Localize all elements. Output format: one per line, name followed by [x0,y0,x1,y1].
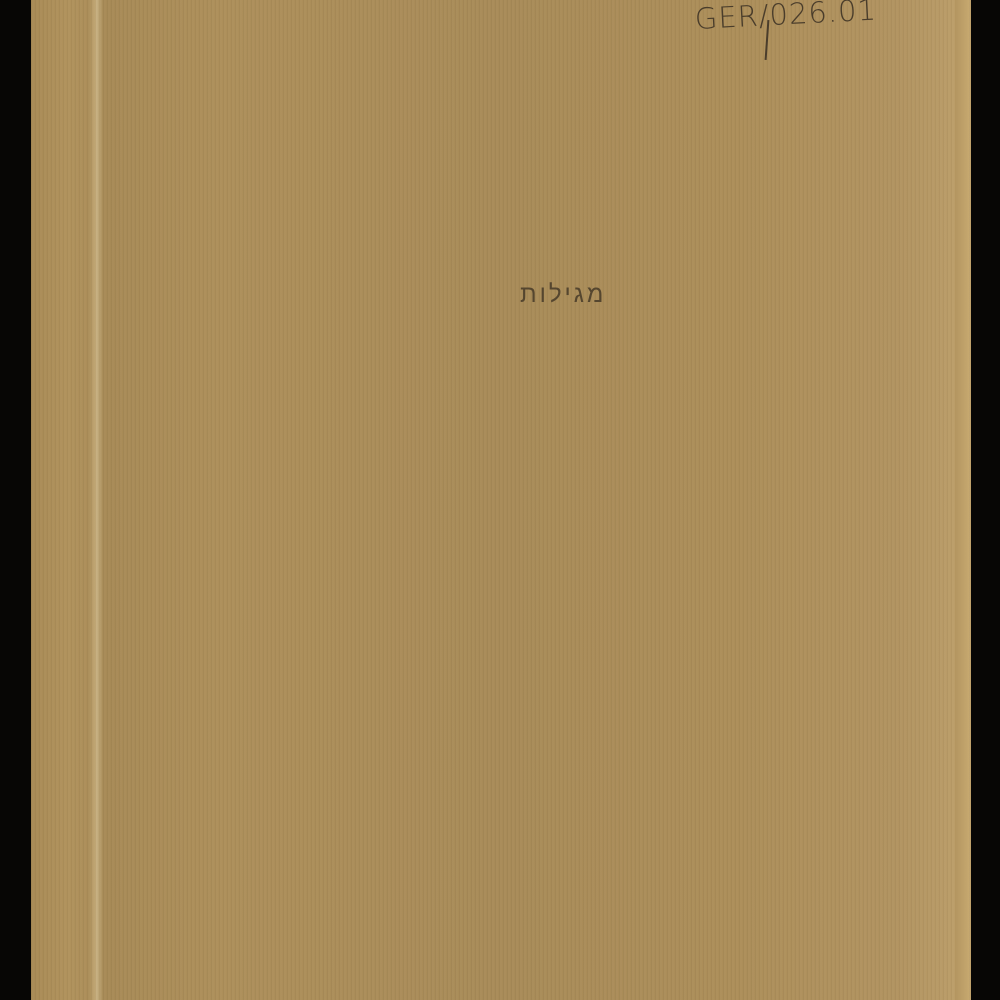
folder-right-flap [955,0,969,1000]
scan-canvas: GER/026.01 מגילות [0,0,1000,1000]
handwritten-title: מגילות [520,280,606,309]
kraft-paper-cover [31,0,971,1000]
